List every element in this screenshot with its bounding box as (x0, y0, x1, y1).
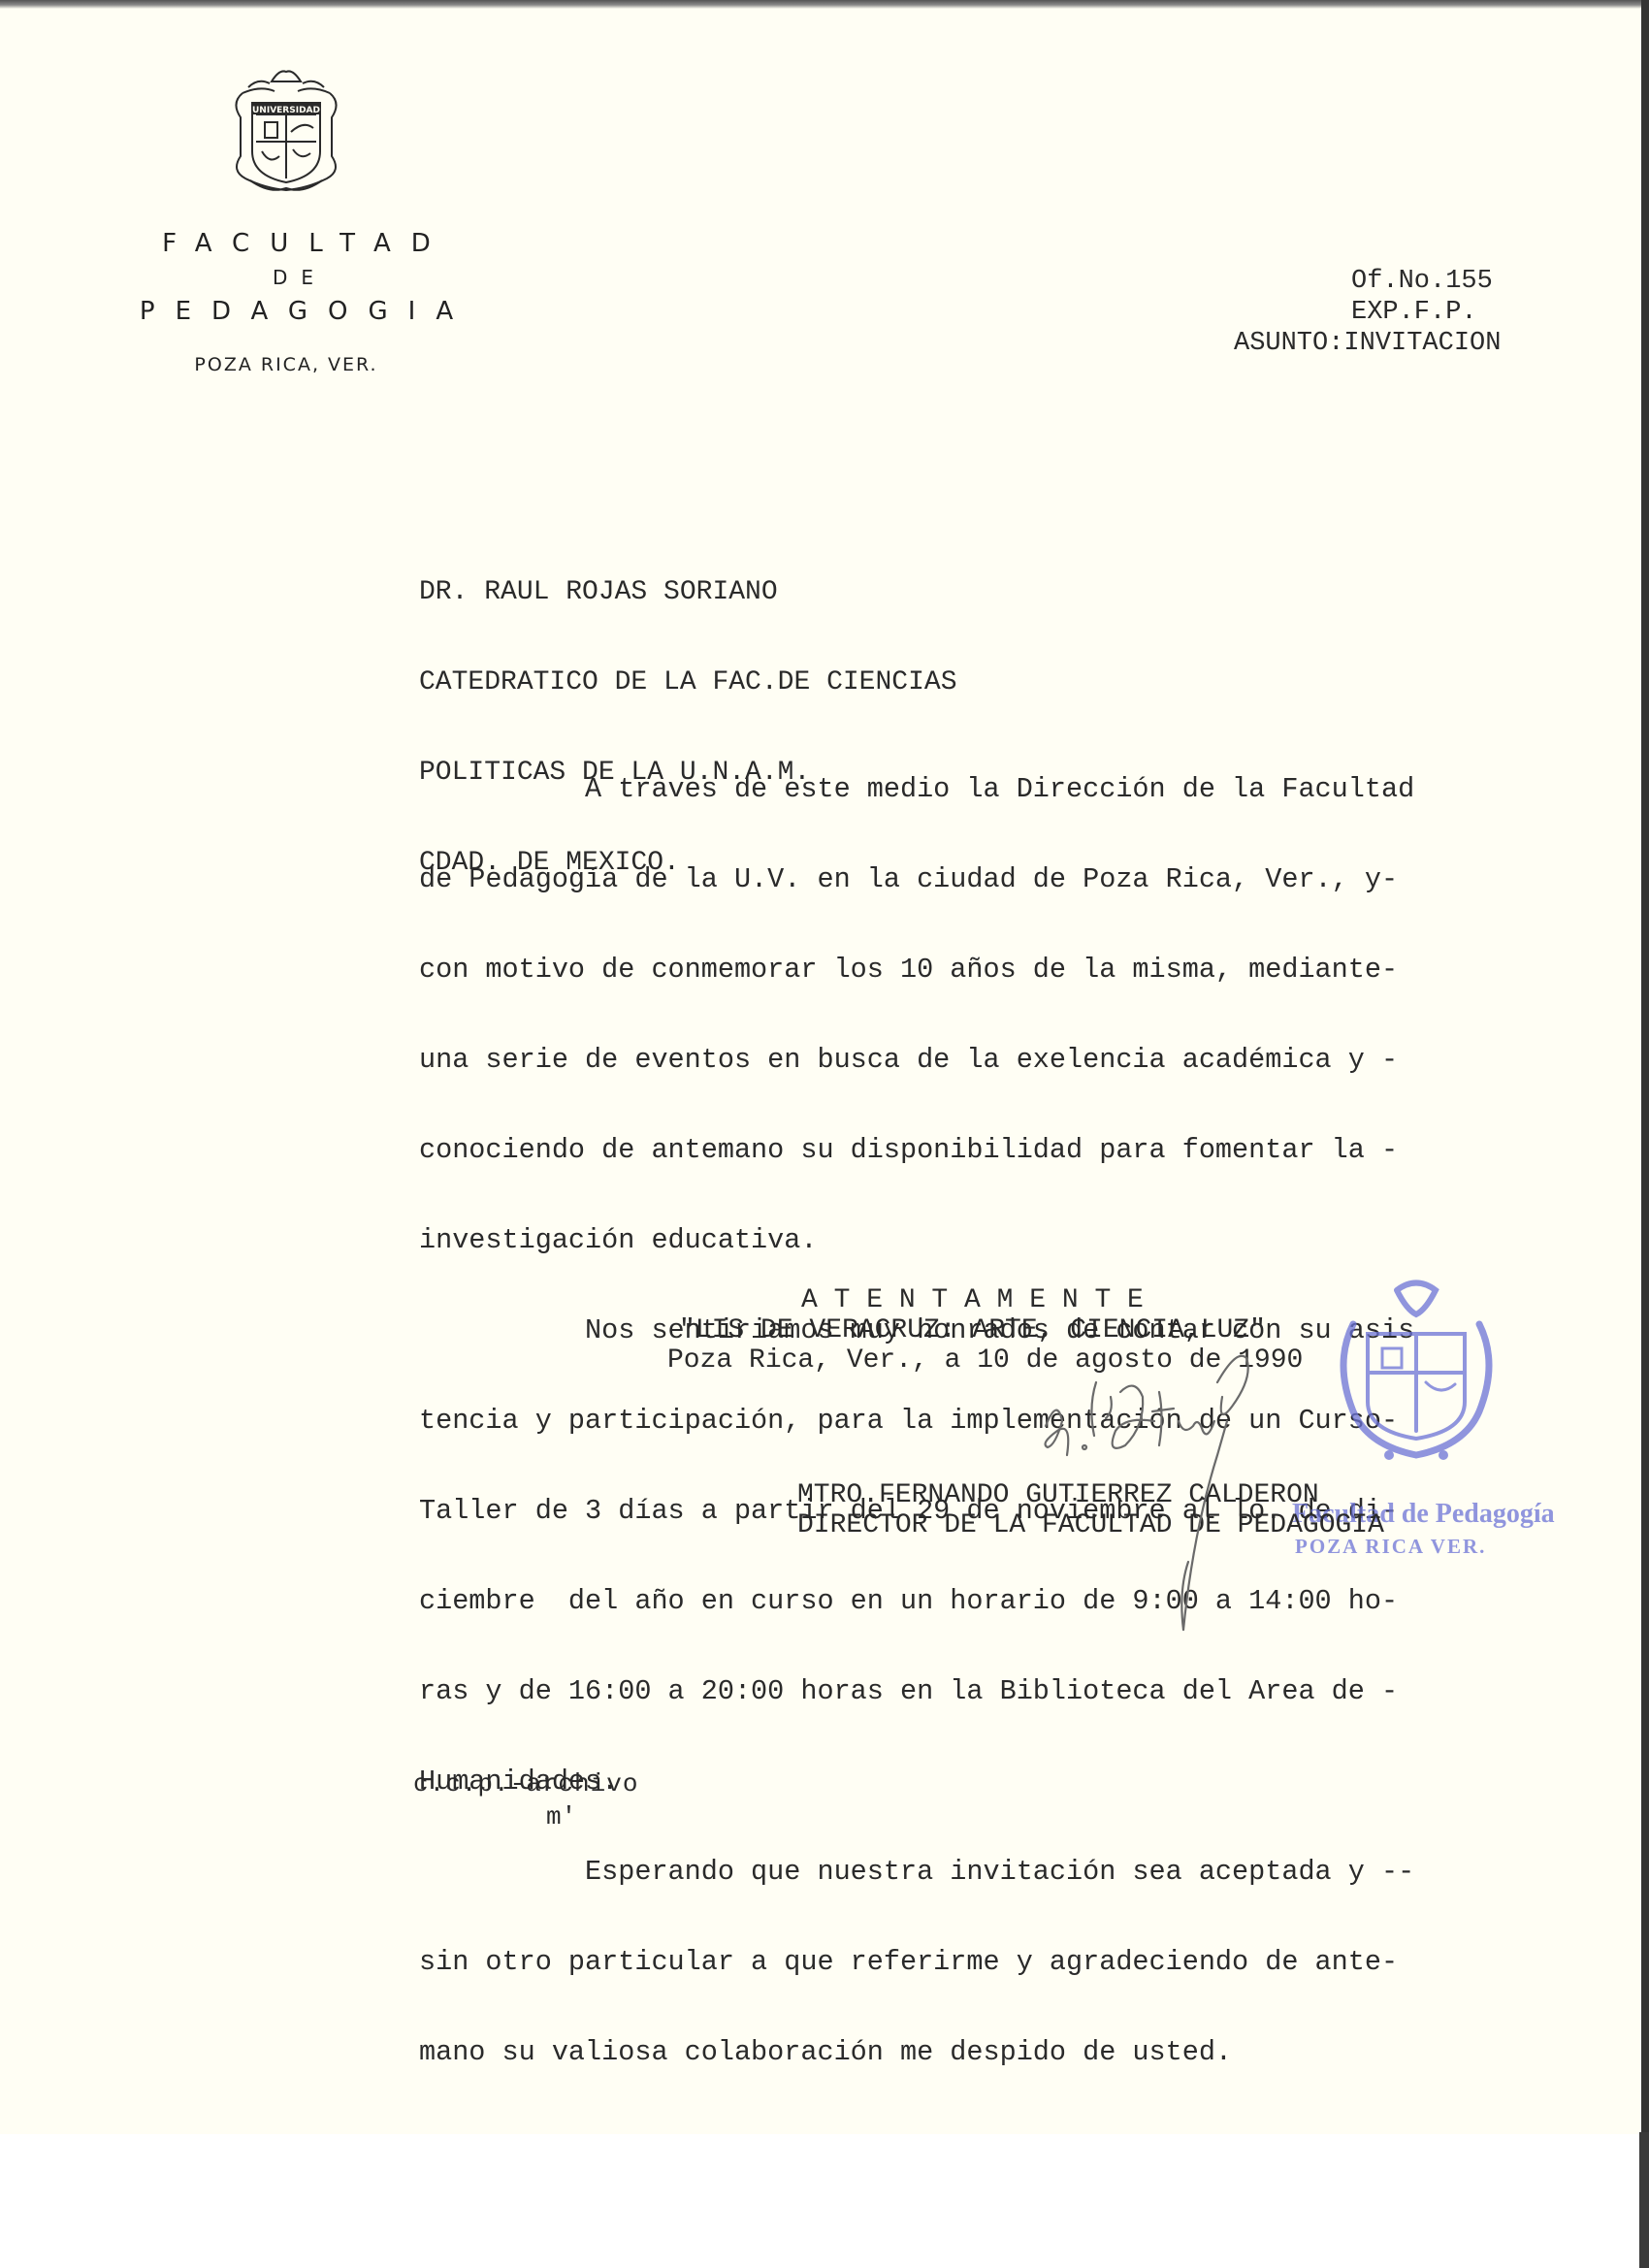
letterhead-pedagogia: PEDAGOGIA (97, 297, 496, 326)
scan-bottom-right-edge (1639, 2132, 1649, 2268)
letterhead-de: DE (97, 266, 489, 289)
addressee-line: DR. RAUL ROJAS SORIANO (419, 577, 957, 607)
letterhead-city: POZA RICA, VER. (97, 354, 475, 375)
body-line: de Pedagogía de la U.V. en la ciudad de … (419, 864, 1414, 894)
closing-salutation: A T E N T A M E N T E (801, 1285, 1144, 1315)
typist-initials: m' (546, 1802, 576, 1831)
scan-right-edge (1641, 0, 1649, 2268)
office-number: Of.No.155 (1351, 266, 1493, 298)
body-line: Esperando que nuestra invitación sea ace… (419, 1857, 1414, 1887)
handwritten-signature-icon (1028, 1339, 1455, 1649)
addressee-line: CATEDRATICO DE LA FAC.DE CIENCIAS (419, 667, 957, 697)
letterhead-faculty: FACULTAD (97, 229, 496, 258)
body-line: investigación educativa. (419, 1225, 1414, 1255)
body-line: sin otro particular a que referirme y ag… (419, 1947, 1414, 1977)
copy-note: c.c.p.-archivo (413, 1767, 638, 1800)
file-reference: EXP.F.P. (1351, 297, 1477, 329)
body-line: mano su valiosa colaboración me despido … (419, 2037, 1414, 2067)
body-line: ras y de 16:00 a 20:00 horas en la Bibli… (419, 1676, 1414, 1706)
body-line: una serie de eventos en busca de la exel… (419, 1045, 1414, 1075)
body-line: A traves de este medio la Dirección de l… (419, 774, 1414, 804)
svg-text:UNIVERSIDAD: UNIVERSIDAD (252, 106, 320, 115)
scan-top-edge (0, 0, 1649, 9)
body-line: con motivo de conmemorar los 10 años de … (419, 955, 1414, 985)
university-crest-icon: UNIVERSIDAD (221, 64, 351, 194)
subject-line: ASUNTO:INVITACION (1234, 328, 1501, 360)
body-line: conociendo de antemano su disponibilidad… (419, 1135, 1414, 1165)
